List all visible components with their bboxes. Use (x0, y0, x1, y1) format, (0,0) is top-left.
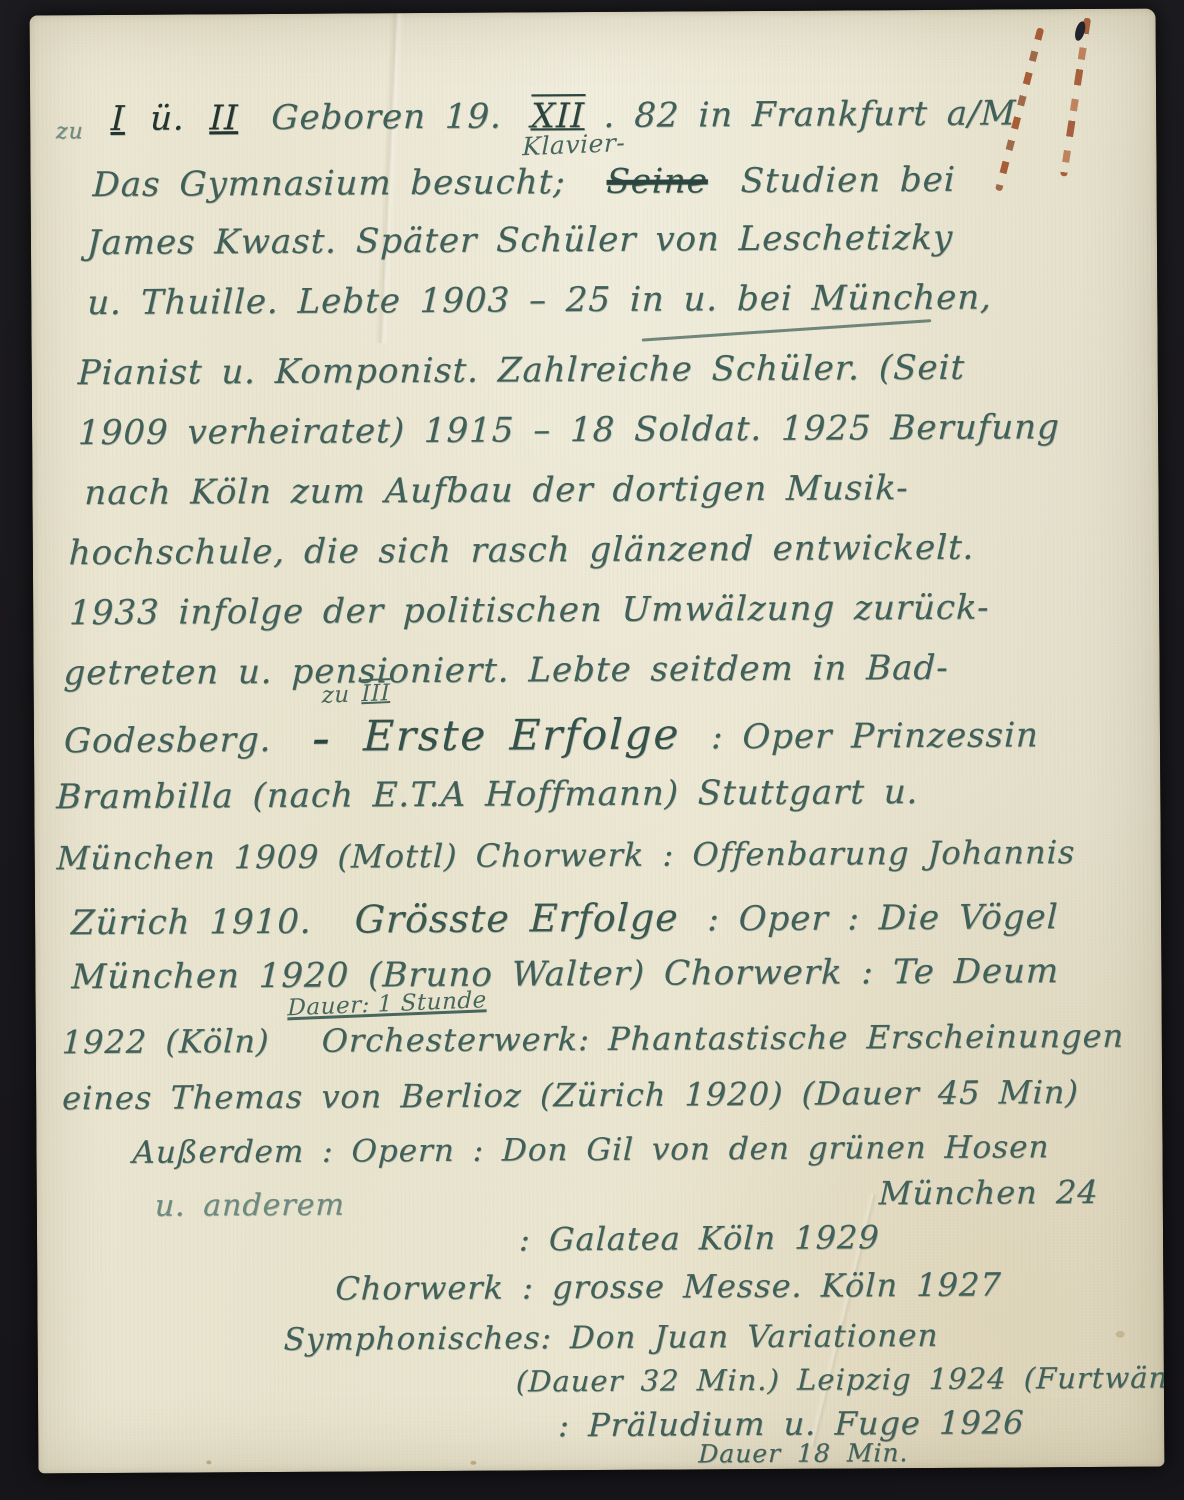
section-reference: ü. (150, 99, 186, 140)
interlinear-insertion: Klavier- (522, 128, 625, 161)
manuscript-page: zu I ü. II Geboren 19. XII . 82 in Frank… (30, 9, 1165, 1474)
emphasis-underline-stroke (642, 319, 932, 341)
handwritten-line: nach Köln zum Aufbau der dortigen Musik- (84, 468, 909, 514)
dash-mark: – (312, 720, 331, 761)
handwritten-line: Chorwerk : grosse Messe. Köln 1927 (335, 1266, 1002, 1308)
line-text: 1922 (Köln) (61, 1022, 270, 1062)
superscript-text: zu (322, 682, 350, 709)
handwritten-line: 1909 verheiratet) 1915 – 18 Soldat. 1925… (78, 407, 1061, 454)
foxing-spot (470, 1461, 476, 1465)
foxing-spot (206, 1460, 211, 1464)
handwritten-line: 1933 infolge der politischen Umwälzung z… (69, 588, 990, 634)
line-text: Zürich 1910. (70, 902, 312, 944)
handwritten-line: getreten u. pensioniert. Lebte seitdem i… (63, 648, 949, 694)
heading-erste-erfolge: Erste Erfolge (363, 709, 682, 761)
struck-out-word: Seine (606, 161, 708, 202)
line-text: Das Gymnasium besucht; (92, 162, 566, 206)
roman-numeral: III (361, 680, 390, 707)
line-text: Geboren 19. (271, 97, 503, 139)
handwritten-line: Dauer 18 Min. (698, 1438, 909, 1469)
handwritten-line: eines Themas von Berlioz (Zürich 1920) (… (62, 1073, 1080, 1118)
handwritten-line: hochschule, die sich rasch glänzend entw… (68, 528, 975, 574)
handwritten-line: München 24 (878, 1173, 1099, 1213)
handwritten-line: u. anderem (154, 1188, 345, 1225)
handwritten-line: Brambilla (nach E.T.A Hoffmann) Stuttgar… (56, 772, 919, 818)
line-text: : Oper Prinzessin (711, 715, 1040, 758)
margin-note: zu (56, 119, 85, 146)
line-text: . 82 in Frankfurt a/M (603, 93, 1017, 136)
handwritten-line: Symphonisches: Don Juan Variationen (283, 1318, 939, 1359)
line-text: Orchesterwerk: Phantastische Erscheinung… (321, 1017, 1125, 1060)
line-text: Studien bei (740, 160, 956, 202)
handwritten-line: Zürich 1910. Grösste Erfolge : Oper : Di… (70, 893, 1059, 945)
handwritten-line: (Dauer 32 Min.) Leipzig 1924 (Furtwängle… (515, 1360, 1164, 1399)
handwritten-line: Das Gymnasium besucht; Seine Studien bei (92, 160, 956, 206)
superscript-section-reference: zu III (322, 680, 391, 709)
handwritten-line: Pianist u. Komponist. Zahlreiche Schüler… (77, 348, 966, 394)
rust-stain-streak (1060, 17, 1091, 176)
foxing-spot (1116, 1331, 1125, 1338)
handwritten-line: 1922 (Köln) Orchesterwerk: Phantastische… (61, 1017, 1124, 1062)
handwritten-line: Godesberg. – Erste Erfolge : Oper Prinze… (63, 707, 1039, 763)
heading-groesste-erfolge: Grösste Erfolge (354, 895, 679, 943)
section-reference: II (209, 98, 239, 139)
handwritten-line: Außerdem : Opern : Don Gil von den grüne… (132, 1129, 1050, 1172)
handwritten-line: München 1920 (Bruno Walter) Chorwerk : T… (71, 951, 1060, 998)
handwritten-line: München 1909 (Mottl) Chorwerk : Offenbar… (56, 833, 1076, 878)
section-reference: I (110, 99, 126, 140)
line-text: : Oper : Die Vögel (707, 897, 1059, 940)
line-text: Godesberg. (63, 720, 272, 762)
handwritten-line: James Kwast. Später Schüler von Lescheti… (86, 218, 953, 264)
handwritten-line: u. Thuille. Lebte 1903 – 25 in u. bei Mü… (87, 278, 993, 324)
handwritten-line: : Galatea Köln 1929 (518, 1218, 880, 1259)
